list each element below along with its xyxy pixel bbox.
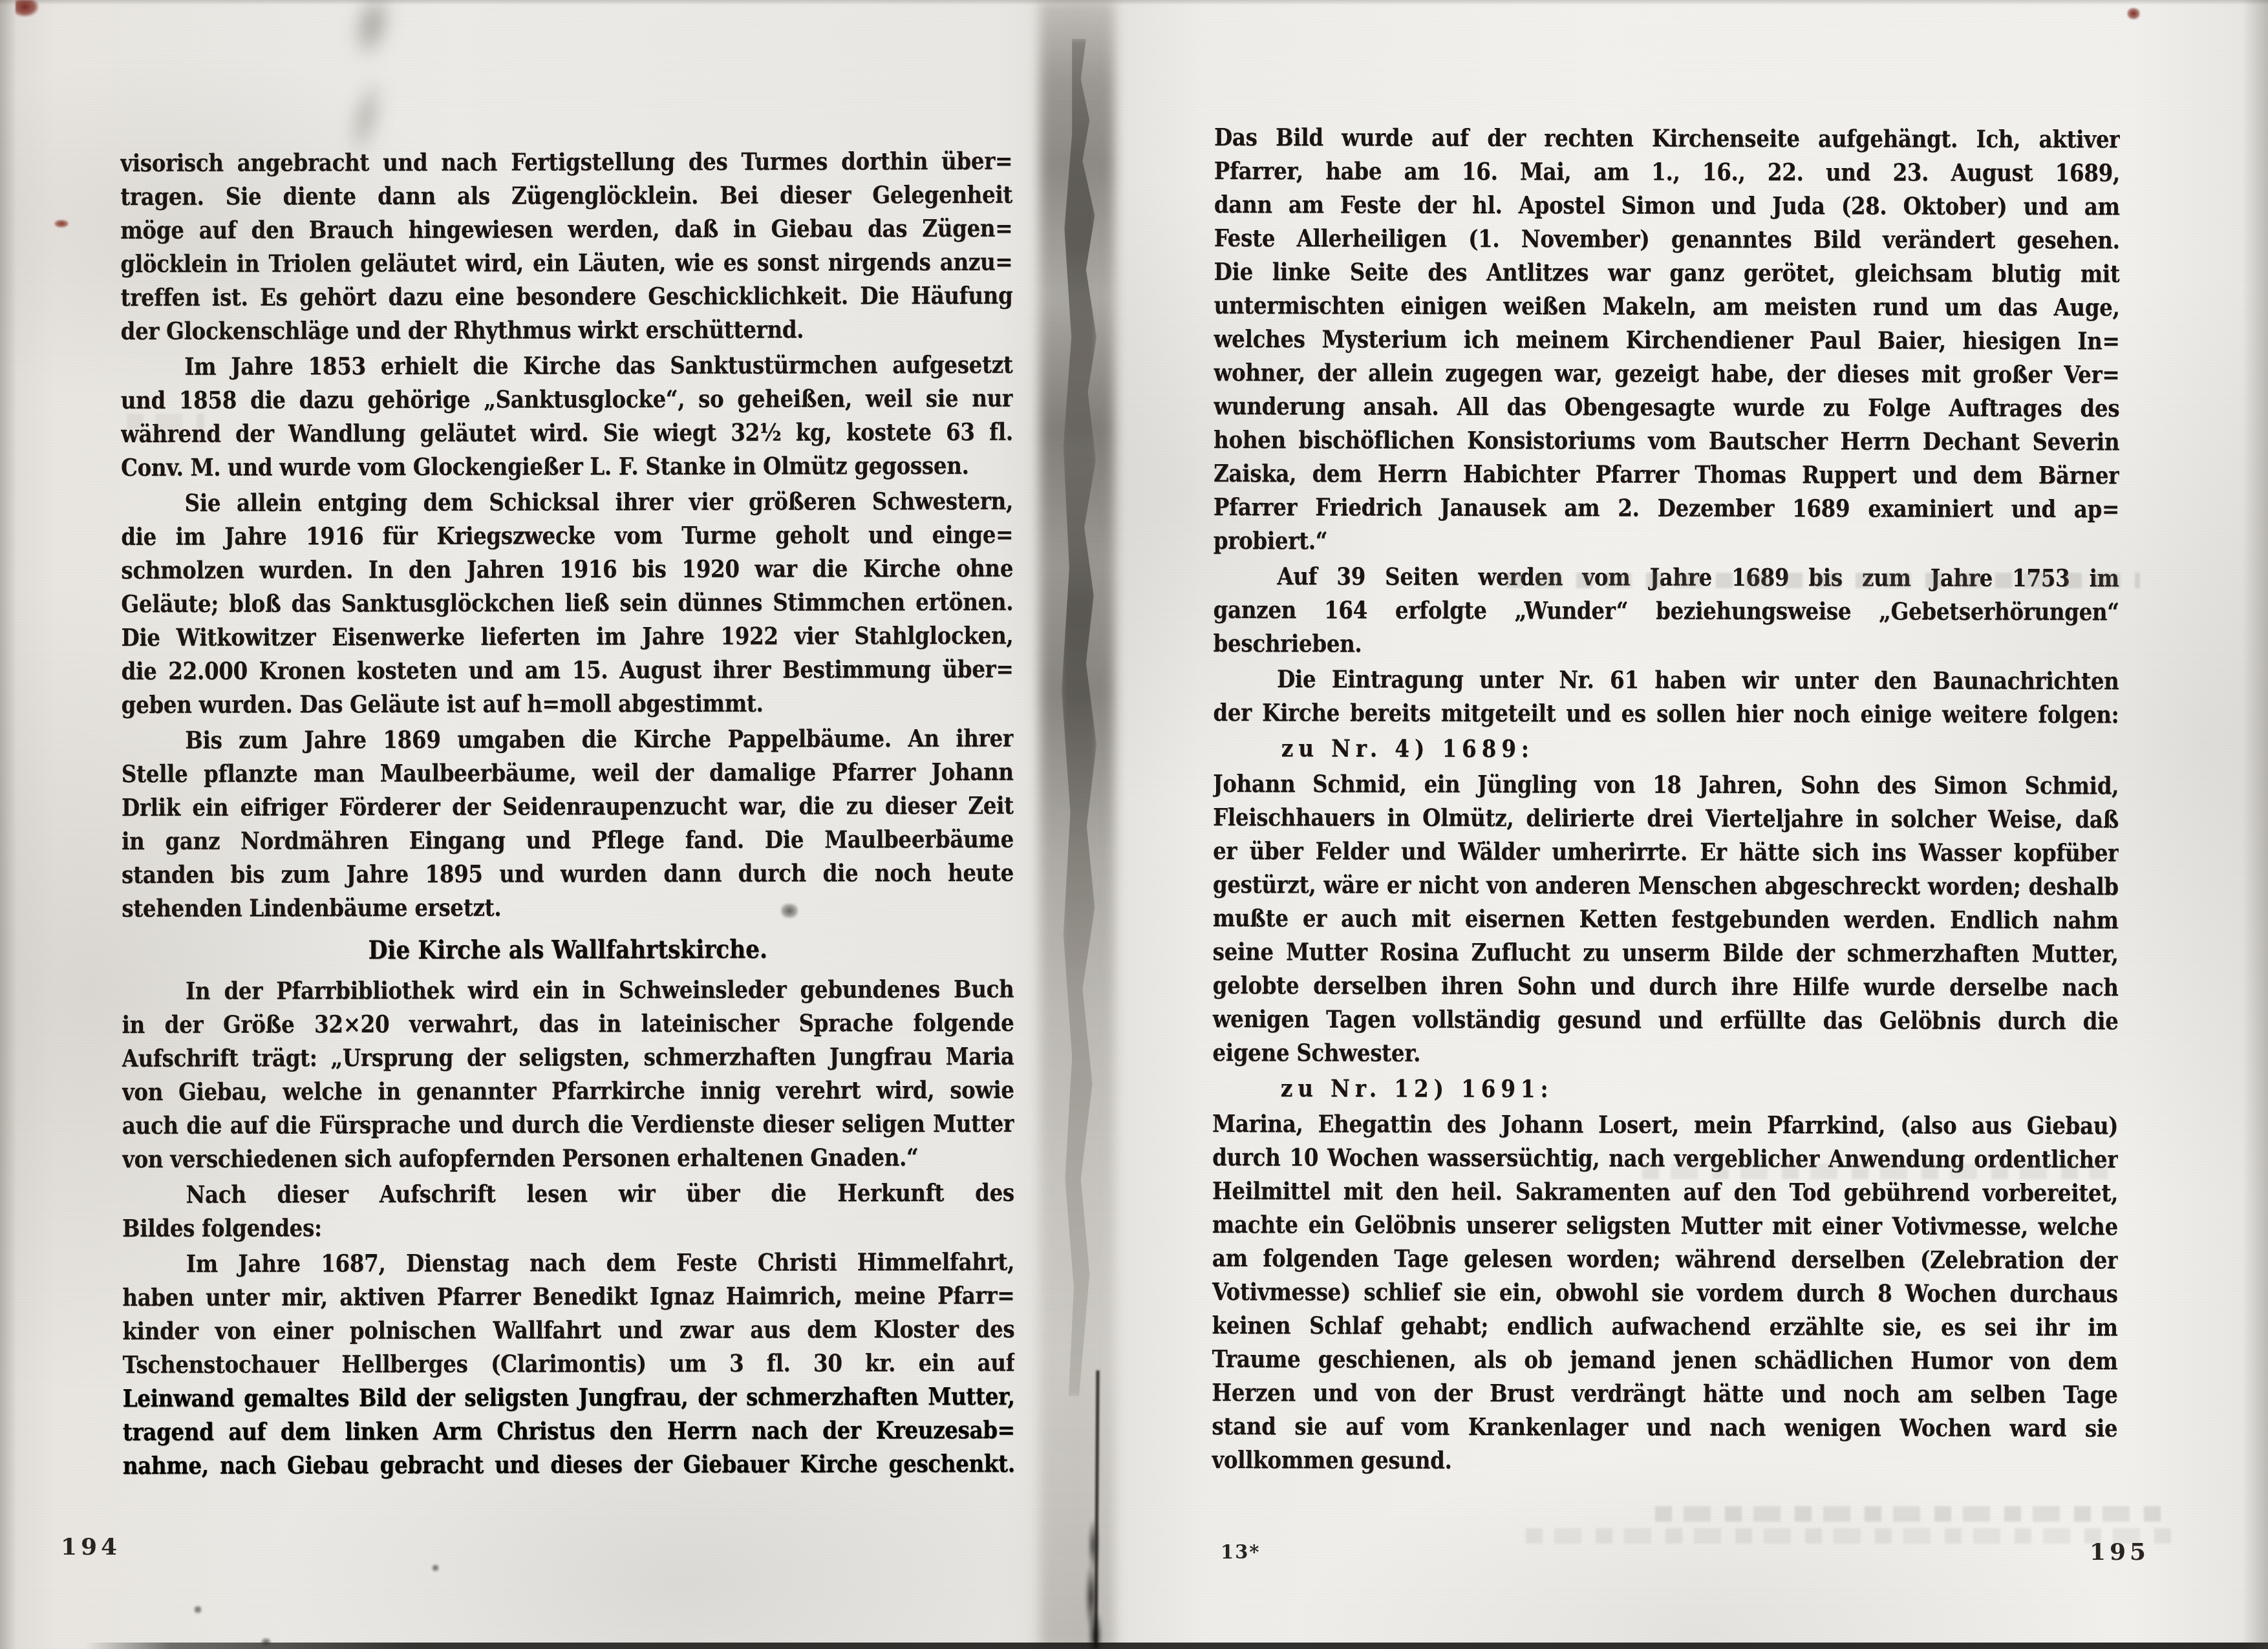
text-line: von verschiedenen sich aufopfernden Pers… (122, 1140, 1014, 1176)
text-line: gelobte derselben ihren Sohn und durch i… (1212, 968, 2118, 1004)
left-scan-edge (0, 0, 17, 1649)
bleed-through-text (1655, 1506, 2172, 1522)
text-line: mußte er auch mit eisernen Ketten festge… (1213, 901, 2119, 937)
text-line: Im Jahre 1853 erhielt die Kirche das San… (121, 348, 1013, 383)
top-scan-edge (0, 0, 2268, 5)
text-line: durch 10 Wochen wassersüchtig, nach verg… (1212, 1140, 2118, 1176)
text-line: während der Wandlung geläutet wird. Sie … (121, 415, 1013, 451)
text-line: tragend auf dem linken Arm Christus den … (123, 1413, 1015, 1449)
red-mark-left-margin (54, 220, 69, 228)
text-line: von Giebau, welche in genannter Pfarrkir… (122, 1073, 1014, 1109)
section-heading: Die Kirche als Wallfahrtskirche. (122, 932, 1014, 968)
paragraph: Nach dieser Aufschrift lesen wir über di… (122, 1176, 1014, 1245)
text-line: Bis zum Jahre 1869 umgaben die Kirche Pa… (122, 721, 1014, 757)
red-mark-top-right (2127, 8, 2140, 19)
text-line: ganzen 164 erfolgte „Wunder“ beziehungsw… (1214, 593, 2119, 628)
text-line: Aufschrift trägt: „Ursprung der seligste… (122, 1039, 1014, 1075)
text-line: Conv. M. und wurde vom Glockengießer L. … (121, 449, 1013, 484)
text-line: zu Nr. 12) 1691: (1212, 1071, 2118, 1107)
text-line: Tschenstochauer Hellberges (Clarimontis)… (122, 1346, 1014, 1381)
text-line: keinen Schlaf gehabt; endlich aufwachend… (1212, 1308, 2118, 1344)
text-line: Traume geschienen, als ob jemand jenen s… (1212, 1342, 2117, 1378)
text-line: kinder von einer polnischen Wallfahrt un… (122, 1312, 1014, 1348)
text-line: nahme, nach Giebau gebracht und dieses d… (123, 1447, 1015, 1482)
text-line: In der Pfarrbibliothek wird ein in Schwe… (122, 972, 1014, 1008)
paragraph: Bis zum Jahre 1869 umgaben die Kirche Pa… (122, 721, 1014, 925)
text-line: Drlik ein eifriger Förderer der Seidenra… (122, 789, 1014, 824)
gutter-shadow (1040, 0, 1115, 1649)
text-line: seine Mutter Rosina Zuflucht zu unserm B… (1213, 935, 2119, 970)
text-line: Marina, Ehegattin des Johann Losert, mei… (1212, 1107, 2118, 1142)
text-line: Leinwand gemaltes Bild der seligsten Jun… (123, 1379, 1015, 1415)
text-line: glöcklein in Triolen geläutet wird, ein … (120, 245, 1012, 281)
text-line: wohner, der allein zugegen war, gezeigt … (1214, 356, 2119, 391)
text-line: zu Nr. 4) 1689: (1213, 731, 2119, 767)
text-line: die im Jahre 1916 für Kriegszwecke vom T… (121, 518, 1013, 553)
text-line: vollkommen gesund. (1212, 1443, 2117, 1478)
text-line: Zaiska, dem Herrn Habichter Pfarrer Thom… (1214, 456, 2119, 492)
text-line: in der Größe 32×20 verwahrt, das in late… (122, 1006, 1014, 1041)
paragraph: In der Pfarrbibliothek wird ein in Schwe… (122, 972, 1014, 1176)
text-line: auch die auf die Fürsprache und durch di… (122, 1107, 1014, 1142)
gutter-crease-line (1094, 1370, 1099, 1649)
right-page: Das Bild wurde auf der rechten Kirchense… (1212, 120, 2120, 1480)
book-scan: visorisch angebracht und nach Fertigstel… (0, 0, 2268, 1649)
ink-blot (194, 1606, 202, 1613)
text-line: möge auf den Brauch hingewiesen werden, … (120, 211, 1012, 247)
text-line: Geläute; bloß das Sanktusglöckchen ließ … (121, 585, 1013, 621)
text-line: Votivmesse) schlief sie ein, obwohl sie … (1212, 1275, 2118, 1310)
text-line: Im Jahre 1687, Dienstag nach dem Feste C… (122, 1245, 1014, 1281)
text-line: treffen ist. Es gehört dazu eine besonde… (120, 279, 1012, 314)
paragraph: zu Nr. 12) 1691: (1212, 1071, 2118, 1107)
gutter-torn-edge (1062, 39, 1097, 1396)
text-line: haben unter mir, aktiven Pfarrer Benedik… (122, 1279, 1014, 1314)
paragraph: Sie allein entging dem Schicksal ihrer v… (121, 484, 1014, 721)
paragraph: Die Eintragung unter Nr. 61 haben wir un… (1213, 662, 2119, 731)
text-line: visorisch angebracht und nach Fertigstel… (120, 144, 1012, 180)
text-line: und 1858 die dazu gehörige „Sanktusglock… (121, 381, 1013, 417)
signature-mark: 13* (1221, 1541, 1261, 1563)
bottom-scan-edge (84, 1643, 2268, 1649)
text-line: Das Bild wurde auf der rechten Kirchense… (1214, 120, 2120, 156)
text-line: probiert.“ (1214, 524, 2119, 559)
text-line: in ganz Nordmähren Eingang und Pflege fa… (122, 822, 1014, 858)
text-line: stand sie auf vom Krankenlager und nach … (1212, 1409, 2117, 1445)
text-line: schmolzen wurden. In den Jahren 1916 bis… (121, 551, 1013, 587)
text-line: dann am Feste der hl. Apostel Simon und … (1214, 187, 2120, 223)
text-line: Johann Schmid, ein Jüngling von 18 Jahre… (1213, 767, 2119, 802)
paragraph: zu Nr. 4) 1689: (1213, 731, 2119, 767)
gutter-bottom-mark (1084, 1519, 1103, 1649)
page-number-right: 195 (2090, 1538, 2150, 1566)
text-line: stehenden Lindenbäume ersetzt. (122, 889, 1014, 925)
text-line: der Glockenschläge und der Rhythmus wirk… (120, 312, 1012, 348)
paragraph: Johann Schmid, ein Jüngling von 18 Jahre… (1212, 767, 2119, 1071)
paragraph: Auf 39 Seiten werden vom Jahre 1689 bis … (1213, 559, 2119, 662)
text-line: geben wurden. Das Geläute ist auf h=moll… (122, 686, 1014, 721)
text-line: Nach dieser Aufschrift lesen wir über di… (122, 1176, 1014, 1211)
bleed-through-text (1526, 1528, 2172, 1544)
text-line: gestürzt, wäre er nicht von anderen Mens… (1213, 867, 2119, 903)
paragraph: Im Jahre 1853 erhielt die Kirche das San… (121, 348, 1013, 484)
paragraph: Im Jahre 1687, Dienstag nach dem Feste C… (122, 1245, 1015, 1482)
text-line: wunderung ansah. All das Obengesagte wur… (1214, 389, 2119, 425)
right-scan-edge (2242, 0, 2268, 1649)
text-line: standen bis zum Jahre 1895 und wurden da… (122, 856, 1014, 891)
text-line: er über Felder und Wälder umherirrte. Er… (1213, 834, 2119, 869)
text-line: Sie allein entging dem Schicksal ihrer v… (121, 484, 1013, 520)
text-line: welches Mysterium ich meinem Kirchendien… (1214, 322, 2119, 357)
text-line: Stelle pflanzte man Maulbeerbäume, weil … (122, 755, 1014, 791)
text-line: machte ein Gelöbnis unserer seligsten Mu… (1212, 1207, 2118, 1243)
text-line: Fleischhauers in Olmütz, delirierte drei… (1213, 800, 2119, 836)
text-line: untermischten einigen weißen Makeln, am … (1214, 288, 2119, 324)
text-line: der Kirche bereits mitgeteilt und es sol… (1213, 696, 2119, 731)
text-line: eigene Schwester. (1212, 1036, 2118, 1071)
text-line: Die linke Seite des Antlitzes war ganz g… (1214, 255, 2120, 290)
text-line: Pfarrer Friedrich Janausek am 2. Dezembe… (1214, 490, 2119, 526)
text-line: tragen. Sie diente dann als Zügenglöckle… (120, 178, 1012, 213)
left-page: visorisch angebracht und nach Fertigstel… (120, 144, 1015, 1484)
text-line: Heilmittel mit den heil. Sakramenten auf… (1212, 1174, 2118, 1209)
text-line: Feste Allerheiligen (1. November) genann… (1214, 221, 2120, 257)
ink-blot (432, 1564, 439, 1571)
text-line: am folgenden Tage gelesen worden; währen… (1212, 1241, 2118, 1277)
text-line: Auf 39 Seiten werden vom Jahre 1689 bis … (1214, 559, 2119, 595)
paragraph: visorisch angebracht und nach Fertigstel… (120, 144, 1012, 348)
paragraph: Das Bild wurde auf der rechten Kirchense… (1214, 120, 2120, 559)
text-line: beschrieben. (1213, 626, 2119, 662)
paragraph: Marina, Ehegattin des Johann Losert, mei… (1212, 1107, 2118, 1478)
text-line: hohen bischöflichen Konsistoriums vom Ba… (1214, 423, 2119, 458)
text-line: Die Eintragung unter Nr. 61 haben wir un… (1213, 662, 2119, 697)
text-line: die 22.000 Kronen kosteten und am 15. Au… (121, 652, 1013, 688)
ink-blot (261, 1638, 271, 1646)
text-line: Bildes folgendes: (122, 1209, 1014, 1245)
text-line: Pfarrer, habe am 16. Mai, am 1., 16., 22… (1214, 154, 2120, 189)
red-mark-top-left (16, 0, 39, 17)
text-line: wenigen Tagen vollständig gesund und erf… (1212, 1002, 2118, 1037)
text-line: Herzen und von der Brust verdrängt hätte… (1212, 1376, 2117, 1411)
page-number-left: 194 (61, 1533, 121, 1560)
text-line: Die Witkowitzer Eisenwerke lieferten im … (121, 619, 1013, 654)
